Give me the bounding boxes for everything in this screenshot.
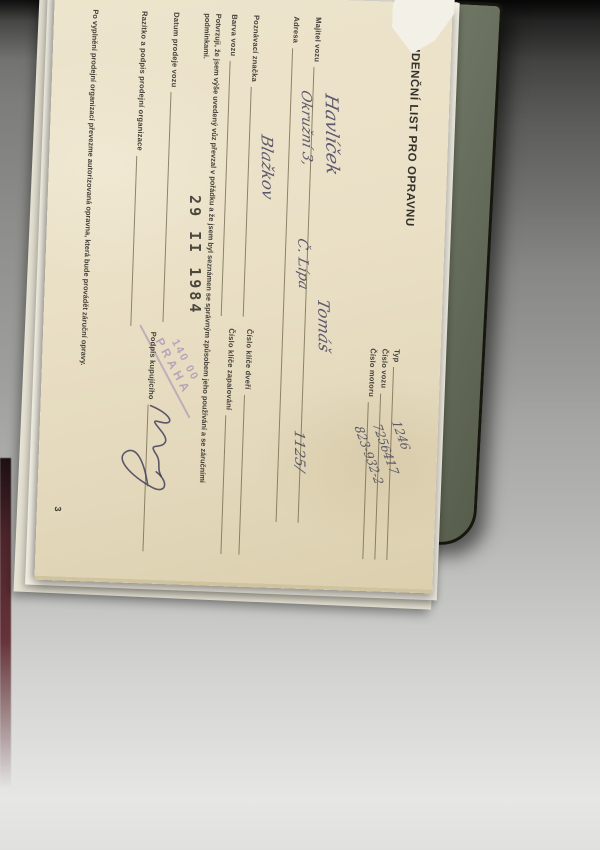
field-cislo-klice-dveri: Číslo klíče dveří [238,329,255,555]
field-label: Majitel vozu [314,17,323,62]
field-datum-prodeje: Datum prodeje vozu [162,12,182,322]
handwriting-address-number: 1125/ [291,429,308,474]
field-label: Číslo klíče dveří [244,329,254,390]
table-edge [0,458,11,788]
handwriting-address-city: Č. Lípa [294,237,311,292]
ruled-line [220,415,234,554]
scanned-photo: EVIDENČNÍ LIST PRO OPRAVNU Typ Číslo voz… [0,0,600,850]
ruled-line [243,87,260,317]
ruled-line [162,92,179,322]
field-label: Typ [393,349,401,363]
footer-note: Po vyplnění prodejní organizací převezme… [75,9,100,439]
field-label: Barva vozu [230,14,239,56]
page-title: EVIDENČNÍ LIST PRO OPRAVNU [403,32,422,227]
field-label: Adresa [292,16,300,43]
field-label: Datum prodeje vozu [171,12,181,87]
date-stamp: 29 II 1984 [186,195,204,315]
field-label: Poznávací značka [251,15,261,82]
field-label: Číslo motoru [368,348,377,397]
field-cislo-klice-zapalovani: Číslo klíče zapalování [220,328,237,554]
field-razitko-podpis: Razítko a podpis prodejní organizace [130,11,150,326]
field-label: Razítko a podpis prodejní organizace [136,11,148,151]
field-label: Číslo vozu [380,349,389,389]
ruled-line [238,394,253,555]
field-label: Podpis kupujícího [148,332,158,400]
evidencni-list-page: EVIDENČNÍ LIST PRO OPRAVNU Typ Číslo voz… [34,0,452,594]
field-label: Číslo klíče zapalování [225,328,235,410]
page-number: 3 [53,506,63,511]
handwriting-plate-value: Blažkov [257,133,277,201]
handwritten-vehicle-numbers: 1246 7256417 823-932-2 [348,420,426,486]
repair-registration-form: EVIDENČNÍ LIST PRO OPRAVNU Typ Číslo voz… [35,0,453,590]
handwriting-owner-firstname: Tomáš [314,297,334,354]
handwriting-owner-surname: Havlíček [321,92,343,178]
ruled-line [221,61,239,316]
field-barva-vozu: Barva vozu [221,14,241,316]
buyer-signature-scribble [117,397,191,519]
handwriting-address-street: Okružní 3, [298,89,315,168]
